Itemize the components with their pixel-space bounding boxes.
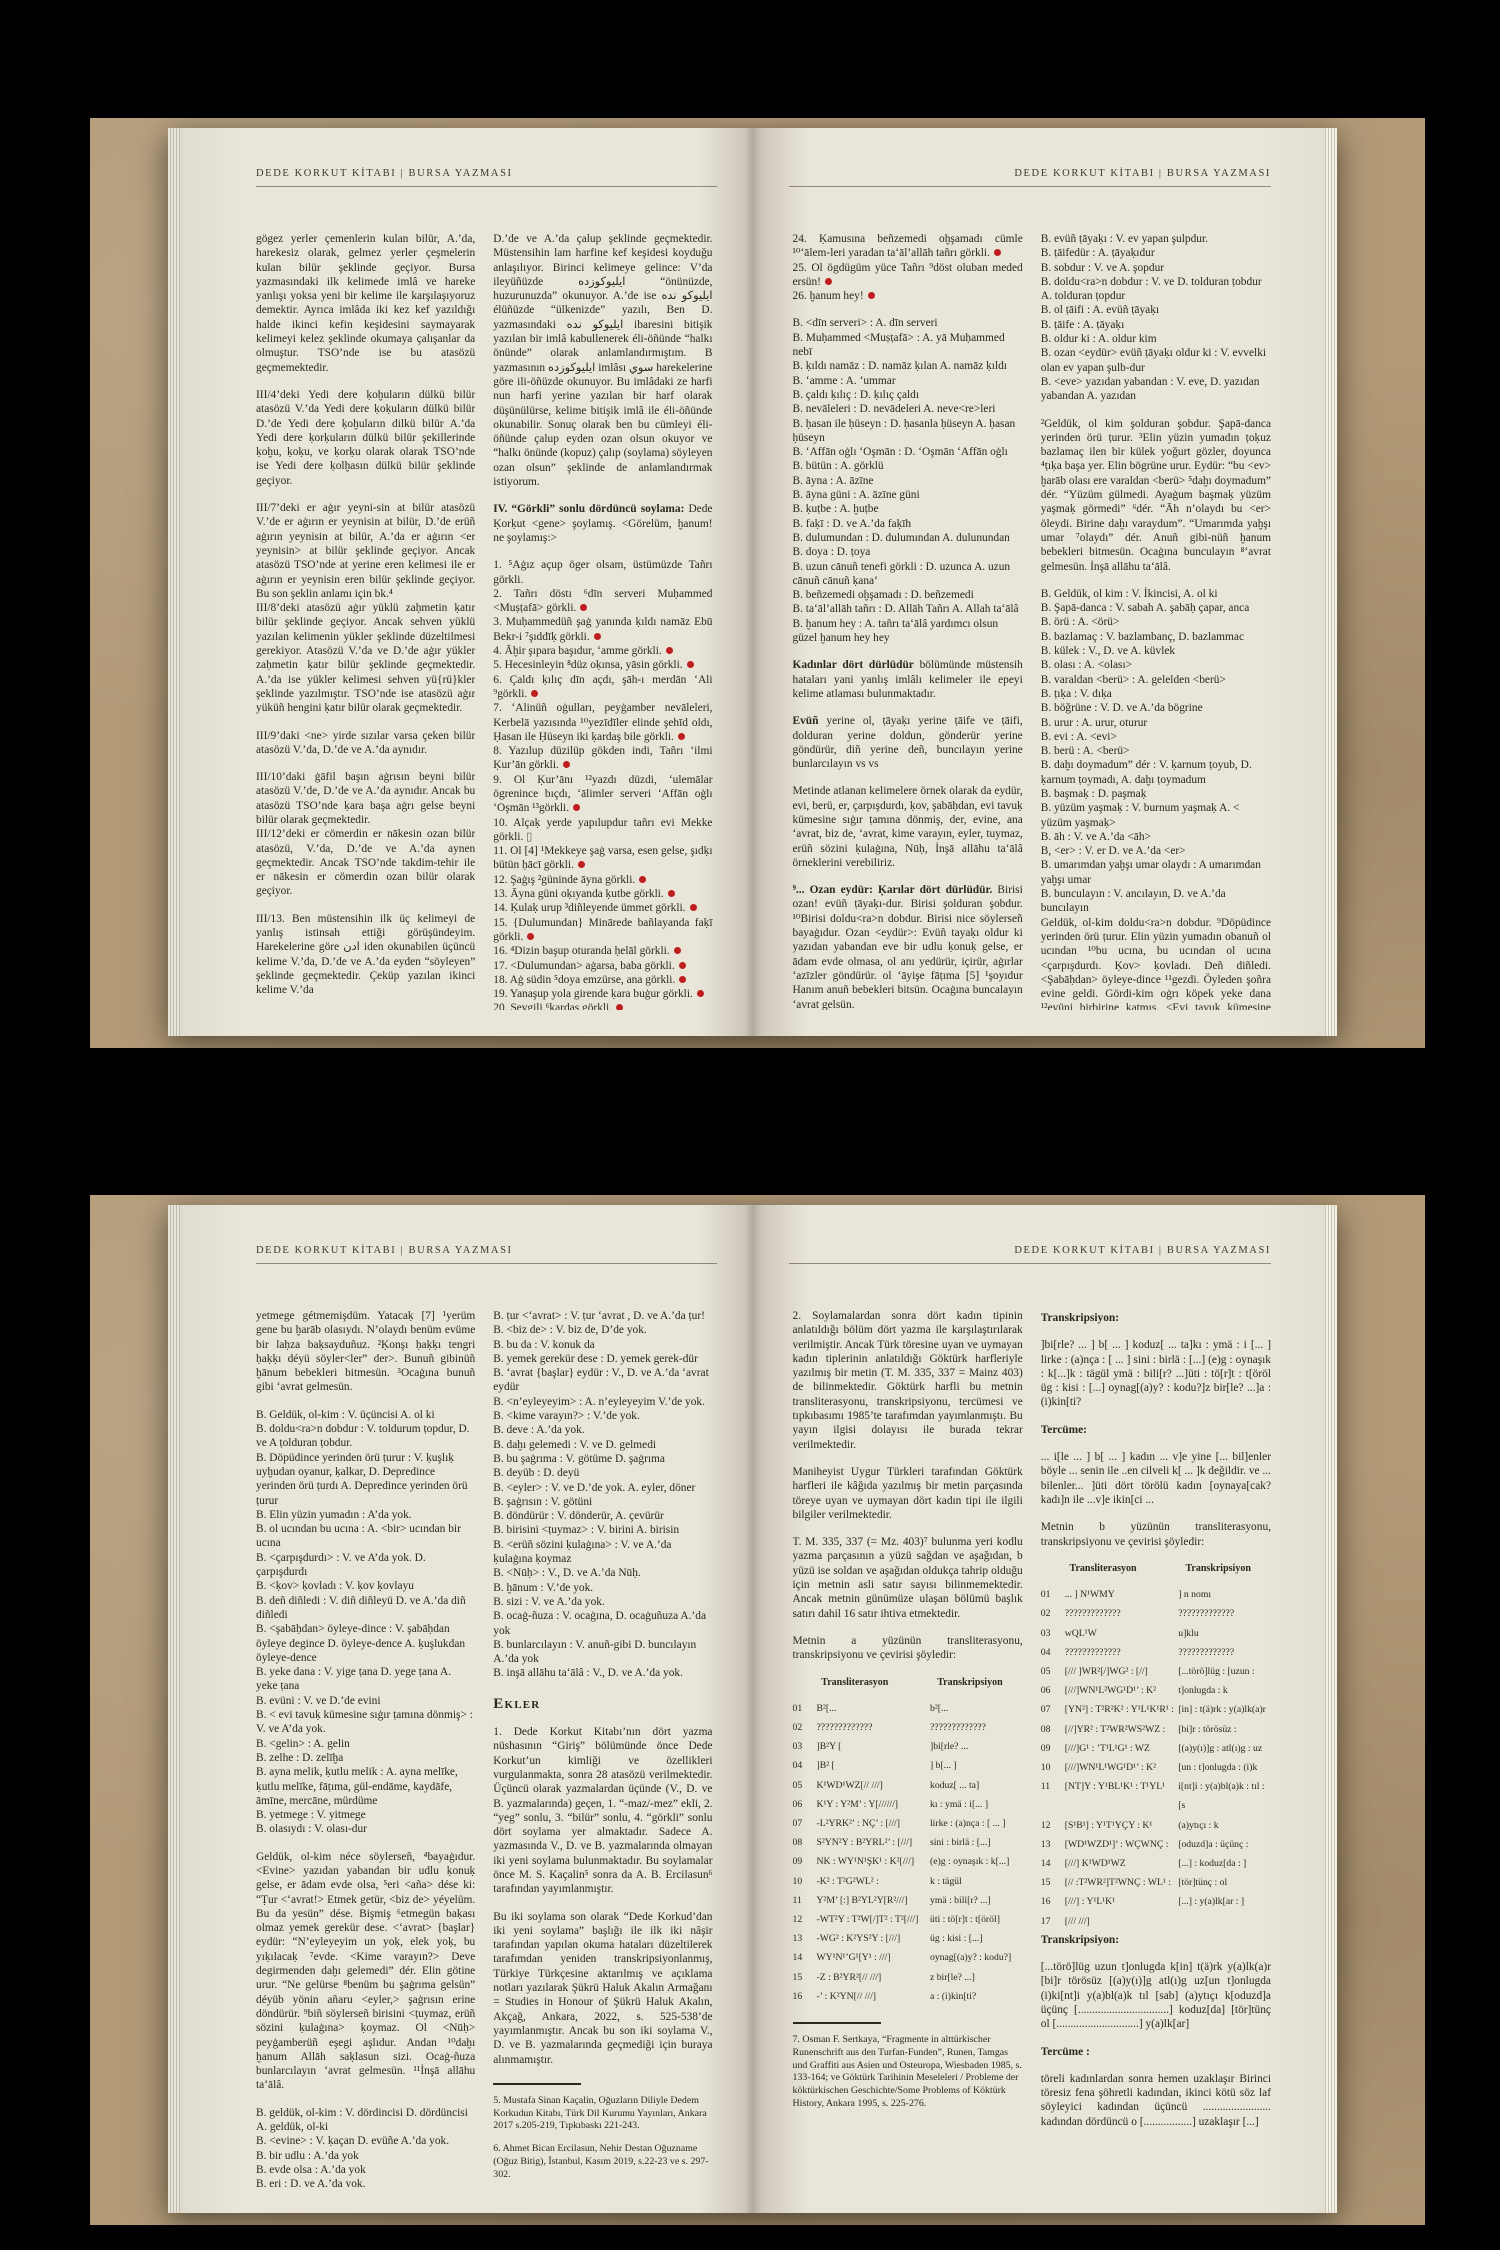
variant-line: B. doya : D. ṭoya (793, 545, 1023, 559)
variant-line: B. <biz de> : V. biz de, D’de yok. (493, 1323, 712, 1337)
transcription-cell: (e)g : oynaşık : k[...] (930, 1852, 1023, 1871)
footnote-rule (493, 2083, 581, 2085)
variant-line: B. nevāleleri : D. nevādeleri A. neve<re… (793, 402, 1023, 416)
row-number: 13 (793, 1929, 817, 1948)
paragraph: III/10’daki ġāfil başın aġrısın beyni bi… (256, 770, 475, 827)
running-header: DEDE KORKUT KİTABI | BURSA YAZMASI (1014, 1245, 1271, 1256)
paragraph-gap (256, 1837, 475, 1850)
variant-line: B. ‘Affān oġlı ‘Oşmān : D. ‘Oşmān ‘Affān… (793, 445, 1023, 459)
table-row: 16-’ : K²YN[// ///]a : (i)kin[ti? (793, 1987, 1023, 2006)
transliteration-cell: WY¹N¹’G¹[Y¹ : ///] (817, 1948, 930, 1967)
variant-line: B. faḳī : D. ve A.’da faḳīh (793, 517, 1023, 531)
paragraph: Evüñ yerine ol, ṭāyaḳı yerine ṭāife ve ṭ… (793, 714, 1023, 771)
transliteration-cell: [// :T²WR²]T²WNÇ : WL¹ : (1065, 1873, 1178, 1892)
soylama-line: 5. Hecesinleyin ⁸düz oḳınsa, yāsin görkl… (493, 658, 712, 672)
transcription-cell: z bir[le? ...] (930, 1968, 1023, 1987)
transcription-cell: [in] : t(ä)rk : y(a)lk(a)r (1178, 1700, 1271, 1719)
row-number: 16 (1041, 1892, 1065, 1911)
table-row: 10[///]WN¹L¹WG¹D¹’ : K²[un : t]onlugda :… (1041, 1758, 1271, 1777)
soylama-line: 1. ⁵Aġız açup öger olsam, üstümüzde Tañr… (493, 558, 712, 587)
variant-line: B. çaldı ḳılıç : D. ḳılıç çaldı (793, 388, 1023, 402)
transliteration-cell: wQL¹W (1065, 1624, 1178, 1643)
transliteration-cell: [WD¹WZD¹]’ : WÇWNÇ : (1065, 1835, 1178, 1854)
variant-line: B. <evine> : V. ḳaçan D. evüñe A.’da yok… (256, 2134, 475, 2148)
sub-heading: Transkripsiyon: (1041, 1311, 1271, 1325)
transliteration-cell: NK : WY¹N¹ŞK¹ : K²[///] (817, 1852, 930, 1871)
bold-lead: Kadınlar dört dürlüdür (793, 659, 914, 671)
row-number: 16 (793, 1987, 817, 2006)
row-number: 15 (1041, 1873, 1065, 1892)
variant-line: B. örü : A. <örü> (1041, 615, 1271, 629)
page-bottom-right: DEDE KORKUT KİTABI | BURSA YAZMASI 2. So… (753, 1205, 1338, 2213)
variant-line: B. Muḥammed <Muṣṭafā> : A. yā Muḥammed n… (793, 331, 1023, 360)
red-dot-marker (580, 604, 587, 611)
variant-line: B. külek : V., D. ve A. küvlek (1041, 644, 1271, 658)
transliteration-cell: -’ : K²YN[// ///] (817, 1987, 930, 2006)
transcription-cell: k : tägül (930, 1872, 1023, 1891)
variant-line: B. geldük, ol-kim : V. dördincisi D. dör… (256, 2106, 475, 2135)
row-number: 01 (1041, 1585, 1065, 1604)
transliteration-cell: -WT²Y : T²W[/]T² : T²[///] (817, 1910, 930, 1929)
transcription-cell: [un : t]onlugda : (i)k (1178, 1758, 1271, 1777)
row-number: 02 (1041, 1604, 1065, 1623)
table-row: 11Y²M’ [:] B²YL²Y[R²///]ymä : bili[r? ..… (793, 1891, 1023, 1910)
variant-line: B. ta‘āl’allāh tañrı : D. Allāh Tañrı A.… (793, 602, 1023, 616)
sub-heading: Tercüme: (1041, 1423, 1271, 1437)
red-dot-marker (616, 1004, 623, 1010)
variant-line: B. <eyler> : V. ve D.’de yok. A. eyler, … (493, 1481, 712, 1495)
table-row: 07[YN²] : T²R²K² : Y¹L¹K¹R¹ :[in] : t(ä)… (1041, 1700, 1271, 1719)
row-number: 09 (793, 1852, 817, 1871)
row-number: 12 (1041, 1816, 1065, 1835)
table-row: 14[///] K¹WD¹WZ[...] : koduz[da : ] (1041, 1854, 1271, 1873)
section-heading: Ekler (493, 1697, 712, 1711)
soylama-line: 14. Ḳulaḳ urup ³diñleyende ümmet görkli. (493, 901, 712, 915)
variant-line: B. oldur ki : A. oldur kim (1041, 332, 1271, 346)
table-row: 06K¹Y : Y²M’ : Y[//////]kı : ymä : i[...… (793, 1795, 1023, 1814)
red-dot-marker (678, 733, 685, 740)
variant-line: B. ol ucından bu ucına : A. <bir> ucında… (256, 1522, 475, 1551)
paragraph: [...törö]lüg uzun t]onlugda k[in] t(ä)rk… (1041, 1960, 1271, 2031)
red-dot-marker (690, 904, 697, 911)
variant-line: B. evi : A. <evi> (1041, 730, 1271, 744)
transliteration-cell: ????????????? (1065, 1643, 1178, 1662)
soylama-line: 3. Muḥammedüñ şaġ yanında ḳıldı namāz Eb… (493, 615, 712, 644)
book-spread-top: DEDE KORKUT KİTABI | BURSA YAZMASI gögez… (90, 118, 1425, 1048)
variant-line: B. ocaġ-ñuza : V. ocaġına, D. ocaġuñuza … (493, 1609, 712, 1638)
variant-line: B. bütün : A. görklü (793, 459, 1023, 473)
variant-line: B. ḫānum : V.’de yok. (493, 1581, 712, 1595)
transliteration-cell: K¹Y : Y²M’ : Y[//////] (817, 1795, 930, 1814)
transcription-cell: [bi]r : törösüz : (1178, 1720, 1271, 1739)
transcription-cell: b²[... (930, 1699, 1023, 1718)
variant-line: B. ol ṭāifi : A. evüñ ṭāyaḳı (1041, 303, 1271, 317)
variant-line: B. āh : V. ve A.’da <āh> (1041, 830, 1271, 844)
table-row: 01... ] N¹WMY] n nomı (1041, 1585, 1271, 1604)
soylama-line: 15. {Dulumundan} Minārede bañlayanda faḳ… (493, 916, 712, 945)
page-top-right: DEDE KORKUT KİTABI | BURSA YAZMASI 24. Ḳ… (753, 128, 1338, 1036)
variant-line: B. evüñ ṭāyaḳı : V. ev yapan şulpdur. (1041, 232, 1271, 246)
paragraph: 1. Dede Korkut Kitabı’nın dört yazma nüs… (493, 1725, 712, 1897)
row-number: 10 (793, 1872, 817, 1891)
row-number: 08 (793, 1833, 817, 1852)
transliteration-cell: [///]WN¹L²WG¹D¹’ : K² (1065, 1681, 1178, 1700)
paragraph: yetmege gétmemişdüm. Yatacaḳ [7] ¹yerüm … (256, 1309, 475, 1395)
table-row: 02?????????????????????????? (793, 1718, 1023, 1737)
row-number: 06 (793, 1795, 817, 1814)
paragraph: D.’de ve A.’da çalup şeklinde geçmektedi… (493, 232, 712, 489)
variant-line: B. daḫı gelemedi : V. ve D. gelmedi (493, 1438, 712, 1452)
translit-table-header: TransliterasyonTranskripsiyon (793, 1676, 1023, 1690)
table-row: 10-K² : T²G²WL² :k : tägül (793, 1872, 1023, 1891)
paragraph: gögez yerler çemenlerin kulan bilür, A.’… (256, 232, 475, 375)
soylama-line: 19. Yanaşup yola girende ḳara buġur görk… (493, 987, 712, 1001)
soylama-line: 10. Alçaḳ yerde yapılupdur tañrı evi Mek… (493, 816, 712, 845)
transcription-cell (1178, 1912, 1271, 1931)
row-number: 12 (793, 1910, 817, 1929)
red-dot-marker (573, 804, 580, 811)
open-book-pages: DEDE KORKUT KİTABI | BURSA YAZMASI yetme… (168, 1205, 1337, 2213)
row-number: 05 (1041, 1662, 1065, 1681)
transliteration-cell: [///] K¹WD¹WZ (1065, 1854, 1178, 1873)
paragraph: Metnin a yüzünün transliterasyonu, trans… (793, 1634, 1023, 1663)
column-header: Transliterasyon (793, 1676, 918, 1690)
transcription-cell: [...törö]lüg : [uzun : (1178, 1662, 1271, 1681)
variant-line: B. <Nūḥ> : V., D. ve A.’da Nūḥ. (493, 1566, 712, 1580)
paragraph: III/4’deki Yedi dere ḳoḫuların dülkü bil… (256, 388, 475, 488)
row-number: 15 (793, 1968, 817, 1987)
transcription-cell: [(a)y(ı)]g : atl(ı)g : uz (1178, 1739, 1271, 1758)
transliteration-cell: [/// ]WR²[/]WG² : [//] (1065, 1662, 1178, 1681)
variant-line: B. Şapā-danca : V. sabah A. şabāḥ çapar,… (1041, 601, 1271, 615)
bold-lead: ⁹... Ozan eydür: Ḳarılar dört dürlüdür. (793, 884, 993, 896)
row-number: 14 (1041, 1854, 1065, 1873)
soylama-line: 4. Āḫir şıpara başıdur, ‘amme görkli. (493, 644, 712, 658)
variant-line: B. umarımdan yaḫşı umar olaydı : A umarı… (1041, 858, 1271, 887)
transcription-cell: ????????????? (1178, 1604, 1271, 1623)
transliteration-cell: [//]YR² : T²WR²WS²WZ : (1065, 1720, 1178, 1739)
footnote-rule (793, 2022, 881, 2024)
paragraph: 2. Soylamalardan sonra dört kadın tipini… (793, 1309, 1023, 1452)
soylama-line: 13. Āyna güni oḳıyanda ḳutbe görkli. (493, 887, 712, 901)
header-rule (789, 186, 1272, 187)
transcription-cell: ]bi[rle? ... (930, 1737, 1023, 1756)
paragraph: III/7’deki er aġır yeyni-sin at bilür at… (256, 501, 475, 601)
transliteration-cell: [///]G¹ : ’T¹L¹G¹ : WZ (1065, 1739, 1178, 1758)
paragraph: III/8’deki atasözü aġır yüklü zaḥmetin ḳ… (256, 601, 475, 715)
row-number: 11 (1041, 1777, 1065, 1815)
variant-line: B. ṭāifedür : A. ṭāyaḳıdur (1041, 246, 1271, 260)
soylama-line: 16. ⁴Dizin başup oturanda ḥelāl görkli. (493, 944, 712, 958)
row-number: 01 (793, 1699, 817, 1718)
variant-line: B. <ḳov> ḳovladı : V. ḳov ḳovlayu (256, 1579, 475, 1593)
variant-line: B. doldu<ra>n dobdur : V. ve D. tolduran… (1041, 275, 1271, 304)
table-row: 02?????????????????????????? (1041, 1604, 1271, 1623)
page-bottom-left: DEDE KORKUT KİTABI | BURSA YAZMASI yetme… (168, 1205, 753, 2213)
variant-line: B. ḳıldı namāz : D. namāz ḳılan A. namāz… (793, 359, 1023, 373)
transcription-cell: sini : birlä : [...] (930, 1833, 1023, 1852)
variant-line: B. ṭıḳa : V. dıḳa (1041, 687, 1271, 701)
table-row: 13-WG² : K²YS²Y : [///]üg : kisi : [...] (793, 1929, 1023, 1948)
table-row: 15[// :T²WR²]T²WNÇ : WL¹ :[tör]tünç : ol (1041, 1873, 1271, 1892)
variant-line: B. bu şaġrıma : V. götüme D. şaġrıma (493, 1452, 712, 1466)
variant-line: B. ayna melik, ḳutlu melik : A. ayna mel… (256, 1765, 475, 1808)
soylama-line: 17. <Dulumundan> aġarsa, baba görkli. (493, 959, 712, 973)
variant-line: B. <kime varayın?> : V.’de yok. (493, 1409, 712, 1423)
table-row: 04?????????????????????????? (1041, 1643, 1271, 1662)
variant-line: B. bir udlu : A.’da yok (256, 2149, 475, 2163)
row-number: 05 (793, 1776, 817, 1795)
translit-table: TransliterasyonTranskripsiyon01B²[...b²[… (793, 1676, 1023, 2007)
row-number: 07 (793, 1814, 817, 1833)
table-row: 05[/// ]WR²[/]WG² : [//][...törö]lüg : [… (1041, 1662, 1271, 1681)
variant-line: B. deve : A.’da yok. (493, 1423, 712, 1437)
variant-line: B. daḫı doymadum” dér : V. ḳarnum ṭoyub,… (1041, 758, 1271, 787)
transcription-cell: ????????????? (1178, 1643, 1271, 1662)
transliteration-cell: [S¹B¹] : Y¹T¹YÇY : K¹ (1065, 1816, 1178, 1835)
table-row: 07-L²YRK²’ : NÇ’ : [///]lirke : (a)nça :… (793, 1814, 1023, 1833)
table-row: 12[S¹B¹] : Y¹T¹YÇY : K¹(a)ytıçı : k (1041, 1816, 1271, 1835)
transcription-cell: ????????????? (930, 1718, 1023, 1737)
variant-line: B. ṭur <‘avrat> : V. ṭur ‘avrat , D. ve … (493, 1309, 712, 1323)
row-number: 07 (1041, 1700, 1065, 1719)
transcription-cell: ymä : bili[r? ...] (930, 1891, 1023, 1910)
transliteration-cell: [YN²] : T²R²K² : Y¹L¹K¹R¹ : (1065, 1700, 1178, 1719)
row-number: 04 (1041, 1643, 1065, 1662)
transliteration-cell: [/// ///] (1065, 1912, 1178, 1931)
variant-line: B. varaldan <berü> : A. gelelden <berü> (1041, 673, 1271, 687)
table-row: 11[NT]Y : Y¹BL¹K¹ : T¹YL¹i[nt]i : y(a)bl… (1041, 1777, 1271, 1815)
translit-table: TransliterasyonTranskripsiyon01... ] N¹W… (1041, 1562, 1271, 1931)
red-dot-marker (687, 661, 694, 668)
soylama-line: 26. ḫanum hey! (793, 289, 1023, 303)
transcription-cell: i[nt]i : y(a)bl(a)k : tıl : [s (1178, 1777, 1271, 1815)
header-rule (789, 1263, 1272, 1264)
variant-line: B. deñ diñledi : V. diñ diñleyü D. ve A.… (256, 1594, 475, 1623)
table-row: 08S²YN²Y : B²YRL²’ : [///]sini : birlä :… (793, 1833, 1023, 1852)
red-dot-marker (531, 690, 538, 697)
soylama-line: 8. Yazılup düzilüp gökden indi, Tañrı ‘i… (493, 744, 712, 773)
red-dot-marker (578, 861, 585, 868)
variant-line: B. yeke dana : V. yige ṭana D. yege ṭana… (256, 1665, 475, 1694)
table-row: 17[/// ///] (1041, 1912, 1271, 1931)
paragraph: ⁹... Ozan eydür: Ḳarılar dört dürlüdür. … (793, 883, 1023, 1010)
transliteration-cell: -L²YRK²’ : NÇ’ : [///] (817, 1814, 930, 1833)
variant-line: B. eri : D. ve A.’da yok. (256, 2177, 475, 2187)
footnote: 6. Ahmet Bican Ercilasun, Nehir Destan O… (493, 2143, 712, 2181)
variant-line: B. <dīn serveri> : A. dīn serveri (793, 316, 1023, 330)
variant-line: B. evüni : V. ve D.’de evini (256, 1694, 475, 1708)
book-spread-bottom: DEDE KORKUT KİTABI | BURSA YAZMASI yetme… (90, 1195, 1425, 2225)
transcription-cell: ] b[... ] (930, 1756, 1023, 1775)
table-row: 08[//]YR² : T²WR²WS²WZ :[bi]r : törösüz … (1041, 1720, 1271, 1739)
variant-line: B, <er> : V. er D. ve A.’da <er> (1041, 844, 1271, 858)
variant-line: B. inşā allāhu ta‘ālâ : V., D. ve A.’da … (493, 1666, 712, 1680)
variant-line: B. böğrüne : V. D. ve A.’da bögrine (1041, 701, 1271, 715)
variant-line: B. Döpüdince yerinden örü ṭurur : V. ḳuş… (256, 1451, 475, 1508)
table-row: 05K¹WD¹WZ[// ///]koduz[ ... ta] (793, 1776, 1023, 1795)
table-row: 04]B² [] b[... ] (793, 1756, 1023, 1775)
red-dot-marker (994, 249, 1001, 256)
transliteration-cell: B²[... (817, 1699, 930, 1718)
text-column: Transkripsiyon:]bi[rle? ... ] b[ ... ] k… (1041, 1309, 1271, 2187)
box-glyph: ▯ (523, 831, 532, 843)
variant-line: B. berü : A. <berü> (1041, 744, 1271, 758)
variant-line: B. <çarpışdurdı> : V. ve A’da yok. D. ça… (256, 1551, 475, 1580)
transcription-cell: oynag[(a)y? : kodu?] (930, 1948, 1023, 1967)
variant-line: B. ozan <eydür> evüñ ṭāyaḳı oldur ki : V… (1041, 346, 1271, 375)
variant-line: B. döndürür : V. dönderür, A. çevürür (493, 1509, 712, 1523)
table-row: 09NK : WY¹N¹ŞK¹ : K²[///](e)g : oynaşık … (793, 1852, 1023, 1871)
variant-line: B. Geldük, ol kim : V. İkincisi, A. ol k… (1041, 587, 1271, 601)
variant-line: B. ḫanum hey : A. tañrı ta‘ālâ yardımcı … (793, 617, 1023, 646)
red-dot-marker (679, 976, 686, 983)
paragraph: Metinde atlanan kelimelere örnek olarak … (793, 784, 1023, 870)
variant-line: B. yemek gerekür dese : D. yemek gerek-d… (493, 1352, 712, 1366)
table-row: 06[///]WN¹L²WG¹D¹’ : K²t]onlugda : k (1041, 1681, 1271, 1700)
variant-line: B. āyna : A. āzīne (793, 474, 1023, 488)
variant-line: B. <gelin> : A. gelin (256, 1737, 475, 1751)
transcription-cell: a : (i)kin[ti? (930, 1987, 1023, 2006)
paragraph-gap (793, 303, 1023, 316)
text-column: gögez yerler çemenlerin kulan bilür, A.’… (256, 232, 475, 1010)
open-book-pages: DEDE KORKUT KİTABI | BURSA YAZMASI gögez… (168, 128, 1337, 1036)
text-column: 24. Ḳamusına beñzemedi oḫşamadı cümle ¹⁰… (793, 232, 1023, 1010)
variant-line: B. zelhe : D. zelīḫa (256, 1751, 475, 1765)
transliteration-cell: Y²M’ [:] B²YL²Y[R²///] (817, 1891, 930, 1910)
row-number: 11 (793, 1891, 817, 1910)
paragraph-gap (793, 645, 1023, 658)
table-row: 15-Z : B²YR²[// ///]z bir[le? ...] (793, 1968, 1023, 1987)
bold-lead: Evüñ (793, 715, 819, 727)
transcription-cell: ] n nomı (1178, 1585, 1271, 1604)
transcription-cell: [...] : y(a)lk[ar : ] (1178, 1892, 1271, 1911)
red-dot-marker (594, 633, 601, 640)
soylama-line: 12. Şaġış ²güninde āyna görkli. (493, 873, 712, 887)
variant-line: B. bazlamaç : V. bazlambanç, D. bazlamma… (1041, 630, 1271, 644)
translit-table-header: TransliterasyonTranskripsiyon (1041, 1562, 1271, 1576)
variant-line: B. doldu<ra>n dobdur : V. toldurum ṭopdu… (256, 1422, 475, 1451)
row-number: 17 (1041, 1912, 1065, 1931)
variant-line: B. ‘amme : A. ‘ummar (793, 374, 1023, 388)
footnote: 5. Mustafa Sinan Kaçalin, Oğuzların Dili… (493, 2095, 712, 2133)
transcription-cell: (a)ytıçı : k (1178, 1816, 1271, 1835)
transcription-cell: üti : tö[r]t : t[öröl] (930, 1910, 1023, 1929)
transcription-cell: kı : ymä : i[... ] (930, 1795, 1023, 1814)
variant-line: B. <n’eyleyeyim> : A. n’eyleyeyim V.’de … (493, 1395, 712, 1409)
variant-line: B. bunculayın : V. ancılayın, D. ve A.’d… (1041, 887, 1271, 916)
variant-line: B. bunlarcılayın : V. anuñ-gibi D. buncı… (493, 1638, 712, 1667)
paragraph: Geldük, ol-kim doldu<ra>n dobdur. ⁹Döpüd… (1041, 916, 1271, 1010)
paragraph: III/13. Ben müstensihin ilk üç kelimeyi … (256, 912, 475, 998)
paragraph: ... i[le ... ] b[ ... ] kadın ... v]e yi… (1041, 1450, 1271, 1507)
row-number: 10 (1041, 1758, 1065, 1777)
paragraph: töreli kadınlardan sonra hemen uzaklaşır… (1041, 2072, 1271, 2129)
paragraph: III/9’daki <ne> yirde sızılar varsa çeke… (256, 729, 475, 758)
soylama-line: 9. Ol Ḳur’ānı ¹²yazdı düzdi, ‘ulemālar ö… (493, 773, 712, 816)
variant-line: B. ḥasan ile ḥüseyn : D. ḥasanla ḥüseyn … (793, 417, 1023, 446)
red-dot-marker (563, 761, 570, 768)
paragraph: ]bi[rle? ... ] b[ ... ] koduz[ ... ta]kı… (1041, 1338, 1271, 1409)
variant-line: B. ṭāife : A. ṭāyaḳı (1041, 318, 1271, 332)
row-number: 14 (793, 1948, 817, 1967)
variant-line: B. yüzüm yaşmaḳ : V. burnum yaşmaḳ A. < … (1041, 801, 1271, 830)
table-row: 12-WT²Y : T²W[/]T² : T²[///]üti : tö[r]t… (793, 1910, 1023, 1929)
transliteration-cell: [///] : Y¹L¹K¹ (1065, 1892, 1178, 1911)
variant-line: B. birisini <ṭuymaz> : V. birini A. biri… (493, 1523, 712, 1537)
variant-line: B. āyna güni : A. āzīne güni (793, 488, 1023, 502)
text-column: yetmege gétmemişdüm. Yatacaḳ [7] ¹yerüm … (256, 1309, 475, 2187)
soylama-line: 2. Tañrı döstı ⁶dīn serveri Muḥammed <Mu… (493, 587, 712, 616)
table-row: 13[WD¹WZD¹]’ : WÇWNÇ :[oduzd]a : üçünç : (1041, 1835, 1271, 1854)
variant-line: B. <eve> yazıdan yabandan : V. eve, D. y… (1041, 375, 1271, 404)
transliteration-cell: [///]WN¹L¹WG¹D¹’ : K² (1065, 1758, 1178, 1777)
row-number: 02 (793, 1718, 817, 1737)
paragraph: III/12’deki er cömerdin er nākesin ozan … (256, 827, 475, 898)
variant-line: B. <şabāḥdan> öyleye-dince : V. şabāḥdan… (256, 1622, 475, 1665)
variant-line: B. < evi tavuḳ kümesine sıġır ṭamına dön… (256, 1708, 475, 1737)
red-dot-marker (868, 292, 875, 299)
variant-line: B. beñzemedi oḫşamadı : D. beñzemedi (793, 588, 1023, 602)
paragraph: Geldük, ol-kim néce söylerseñ, ⁴bayaġıdu… (256, 1850, 475, 2093)
row-number: 04 (793, 1756, 817, 1775)
variant-line: B. ḳuṭbe : A. ḫuṭbe (793, 502, 1023, 516)
transcription-cell: u]klu (1178, 1624, 1271, 1643)
header-rule (256, 186, 717, 187)
red-dot-marker (668, 890, 675, 897)
table-row: 14WY¹N¹’G¹[Y¹ : ///]oynag[(a)y? : kodu?] (793, 1948, 1023, 1967)
paragraph: T. M. 335, 337 (= Mz. 403)⁷ bulunma yeri… (793, 1535, 1023, 1621)
paragraph-gap (1041, 404, 1271, 417)
transliteration-cell: -K² : T²G²WL² : (817, 1872, 930, 1891)
soylama-line: 25. Ol ögdügüm yüce Tañrı ⁹döst oluban m… (793, 261, 1023, 290)
transliteration-cell: K¹WD¹WZ[// ///] (817, 1776, 930, 1795)
photo-of-open-book: { "meta": { "running_header": "DEDE KORK… (0, 0, 1500, 2250)
paragraph: Metnin b yüzünün transliterasyonu, trans… (1041, 1520, 1271, 1549)
text-column: B. evüñ ṭāyaḳı : V. ev yapan şulpdur.B. … (1041, 232, 1271, 1010)
table-row: 16[///] : Y¹L¹K¹[...] : y(a)lk[ar : ] (1041, 1892, 1271, 1911)
row-number: 13 (1041, 1835, 1065, 1854)
row-number: 03 (793, 1737, 817, 1756)
variant-line: B. ‘avrat {başlar} eydür : V., D. ve A.’… (493, 1366, 712, 1395)
transliteration-cell: S²YN²Y : B²YRL²’ : [///] (817, 1833, 930, 1852)
variant-line: B. uzun cānuñ tenefi görkli : D. uzunca … (793, 560, 1023, 589)
row-number: 06 (1041, 1681, 1065, 1700)
column-header: Transliterasyon (1041, 1562, 1166, 1576)
transcription-cell: [oduzd]a : üçünç : (1178, 1835, 1271, 1854)
table-row: 03wQL¹Wu]klu (1041, 1624, 1271, 1643)
table-row: 01B²[...b²[... (793, 1699, 1023, 1718)
variant-line: B. yetmege : V. yitmege (256, 1808, 475, 1822)
transcription-cell: üg : kisi : [...] (930, 1929, 1023, 1948)
column-header: Transkripsiyon (1165, 1562, 1271, 1576)
footnote: 7. Osman F. Sertkaya, “Fragmente in altt… (793, 2034, 1023, 2111)
variant-line: B. olası : A. <olası> (1041, 658, 1271, 672)
transcription-cell: koduz[ ... ta] (930, 1776, 1023, 1795)
page-top-left: DEDE KORKUT KİTABI | BURSA YAZMASI gögez… (168, 128, 753, 1036)
transliteration-cell: [NT]Y : Y¹BL¹K¹ : T¹YL¹ (1065, 1777, 1178, 1815)
row-number: 03 (1041, 1624, 1065, 1643)
variant-line: B. bu da : V. konuk da (493, 1338, 712, 1352)
soylama-line: 20. Sevgili ⁶ḳardaş görkli. (493, 1001, 712, 1010)
text-column: B. ṭur <‘avrat> : V. ṭur ‘avrat , D. ve … (493, 1309, 712, 2187)
transcription-cell: [...] : koduz[da : ] (1178, 1854, 1271, 1873)
transliteration-cell: -WG² : K²YS²Y : [///] (817, 1929, 930, 1948)
bold-lead: IV. “Görkli” sonlu dördüncü soylama: (493, 503, 684, 515)
paragraph: Maniheyist Uygur Türkleri tarafından Gök… (793, 1465, 1023, 1522)
red-dot-marker (639, 876, 646, 883)
variant-line: B. sizi : V. ve A.’da yok. (493, 1595, 712, 1609)
